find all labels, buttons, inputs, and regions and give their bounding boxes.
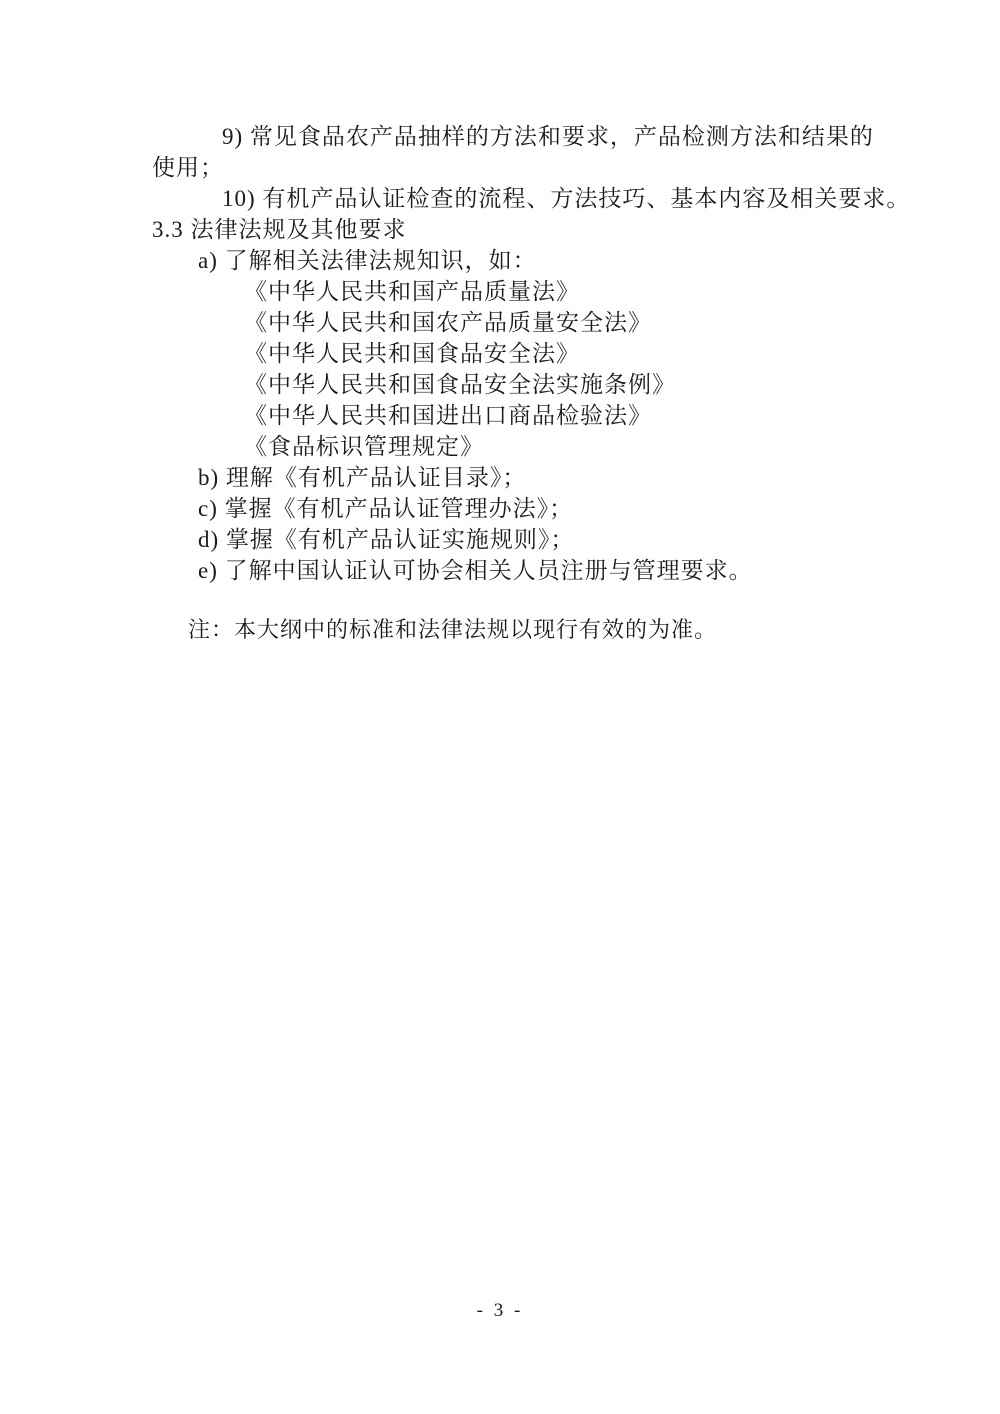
- law-title-import-export: 《中华人民共和国进出口商品检验法》: [244, 400, 874, 431]
- law-title-food-safety: 《中华人民共和国食品安全法》: [244, 338, 874, 369]
- list-item-c: c) 掌握《有机产品认证管理办法》；: [198, 493, 874, 524]
- document-body: 9) 常见食品农产品抽样的方法和要求，产品检测方法和结果的 使用； 10) 有机…: [152, 121, 874, 645]
- list-item-e: e) 了解中国认证认可协会相关人员注册与管理要求。: [198, 555, 874, 586]
- document-page: 9) 常见食品农产品抽样的方法和要求，产品检测方法和结果的 使用； 10) 有机…: [0, 0, 1000, 1414]
- blank-gap: [152, 586, 874, 614]
- law-title-food-safety-regs: 《中华人民共和国食品安全法实施条例》: [244, 369, 874, 400]
- list-item-9-line1: 9) 常见食品农产品抽样的方法和要求，产品检测方法和结果的: [222, 121, 874, 152]
- page-number: - 3 -: [0, 1300, 1000, 1322]
- list-item-b: b) 理解《有机产品认证目录》；: [198, 462, 874, 493]
- list-item-10: 10) 有机产品认证检查的流程、方法技巧、基本内容及相关要求。: [222, 183, 874, 214]
- law-title-agri-quality-safety: 《中华人民共和国农产品质量安全法》: [244, 307, 874, 338]
- list-item-9-line2: 使用；: [152, 152, 874, 183]
- law-title-product-quality: 《中华人民共和国产品质量法》: [244, 276, 874, 307]
- list-item-a: a) 了解相关法律法规知识，如：: [198, 245, 874, 276]
- note-line: 注：本大纲中的标准和法律法规以现行有效的为准。: [188, 614, 874, 645]
- section-3-3-heading: 3.3 法律法规及其他要求: [152, 214, 874, 245]
- rule-title-food-labeling: 《食品标识管理规定》: [244, 431, 874, 462]
- list-item-d: d) 掌握《有机产品认证实施规则》；: [198, 524, 874, 555]
